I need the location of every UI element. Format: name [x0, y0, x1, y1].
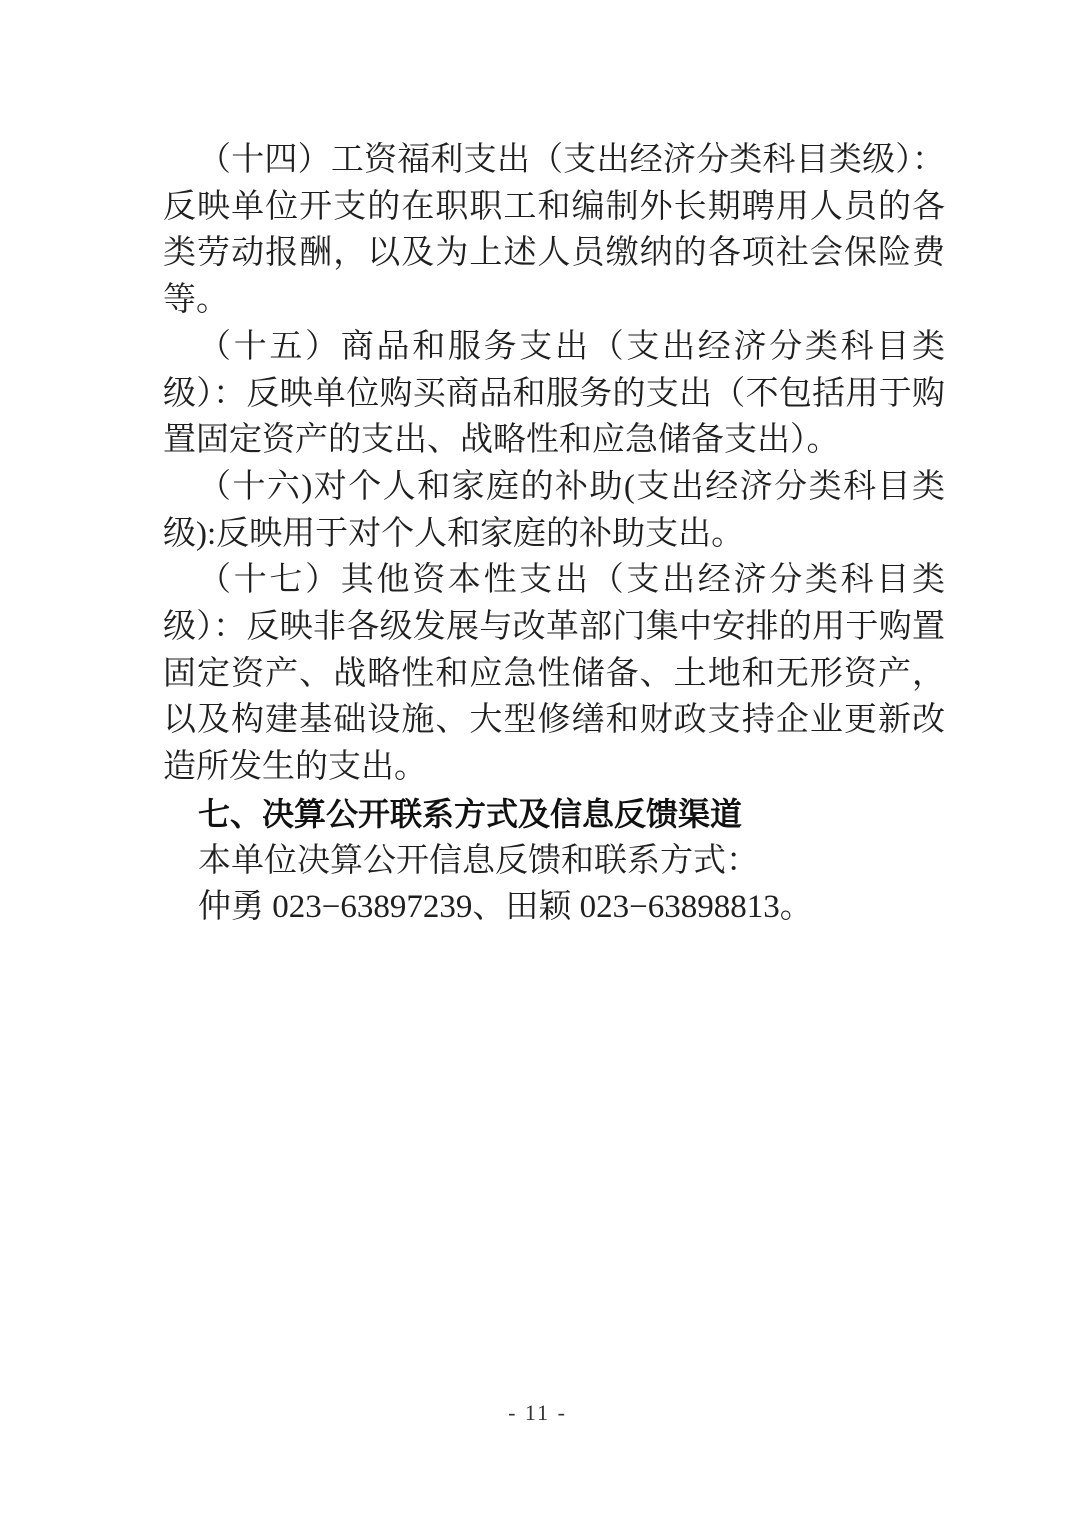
- document-content: （十四）工资福利支出（支出经济分类科目类级）：反映单位开支的在职职工和编制外长期…: [163, 137, 945, 931]
- paragraph-item-16-individual-family-subsidy: （十六)对个人和家庭的补助(支出经济分类科目类级):反映用于对个人和家庭的补助支…: [163, 464, 945, 557]
- paragraph-item-14-wage-welfare-expense: （十四）工资福利支出（支出经济分类科目类级）：反映单位开支的在职职工和编制外长期…: [163, 137, 945, 324]
- contact-intro-line: 本单位决算公开信息反馈和联系方式：: [163, 838, 945, 885]
- document-page: （十四）工资福利支出（支出经济分类科目类级）：反映单位开支的在职职工和编制外长期…: [0, 0, 1075, 1520]
- page-number: - 11 -: [0, 1400, 1075, 1426]
- paragraph-item-15-goods-services-expense: （十五）商品和服务支出（支出经济分类科目类级）：反映单位购买商品和服务的支出（不…: [163, 324, 945, 464]
- section-heading-contact-feedback: 七、决算公开联系方式及信息反馈渠道: [163, 791, 945, 838]
- contact-phone-line: 仲勇 023−63897239、田颖 023−63898813。: [163, 884, 945, 931]
- paragraph-item-17-other-capital-expense: （十七）其他资本性支出（支出经济分类科目类级）：反映非各级发展与改革部门集中安排…: [163, 557, 945, 791]
